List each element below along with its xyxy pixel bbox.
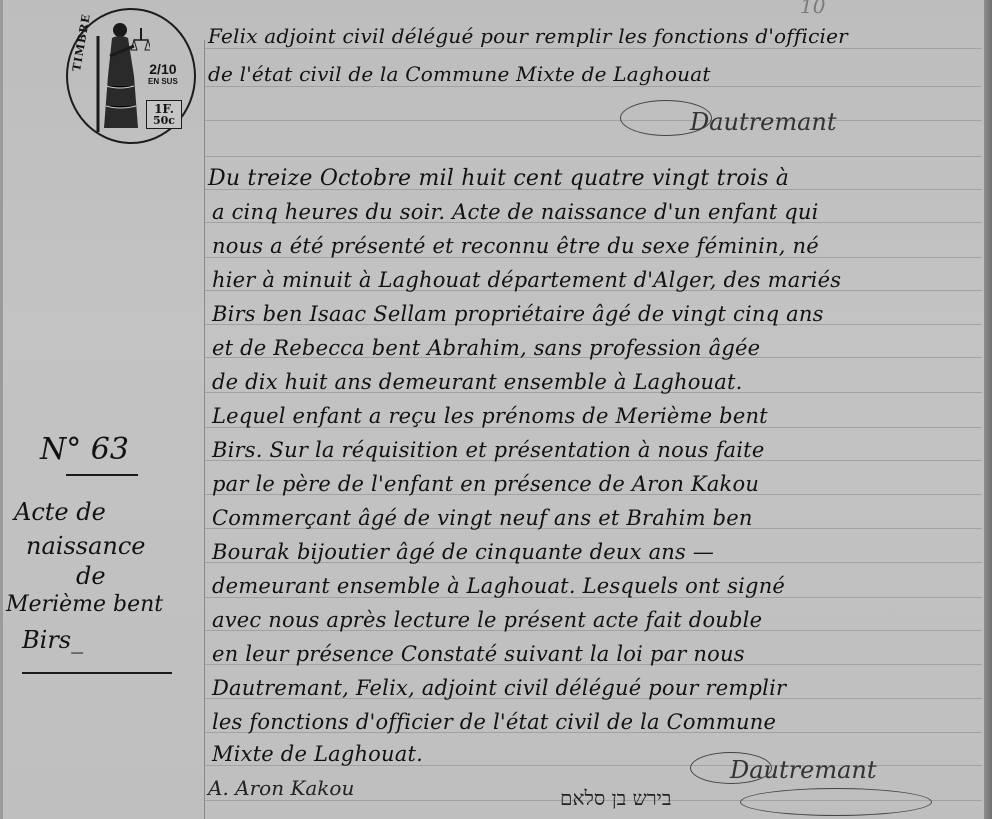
- margin-note-underline: [22, 672, 172, 674]
- body-line-18: Mixte de Laghouat.: [212, 742, 423, 766]
- header-line-1: Felix adjoint civil délégué pour remplir…: [208, 24, 848, 48]
- margin-line-3: de: [76, 562, 106, 590]
- body-line-9: Birs. Sur la réquisition et présentation…: [212, 438, 764, 462]
- header-signature: Dautremant: [690, 108, 837, 136]
- register-page: 10 TIMBRE 2/10 EN SUS 1F. 50c Felix adjo…: [0, 0, 992, 819]
- body-line-3: nous a été présenté et reconnu être du s…: [212, 234, 819, 258]
- body-line-8: Lequel enfant a reçu les prénoms de Meri…: [212, 404, 768, 428]
- ruled-line: [205, 120, 982, 121]
- body-line-11: Commerçant âgé de vingt neuf ans et Brah…: [212, 506, 753, 530]
- signature-flourish-icon: [740, 788, 932, 816]
- signature-flourish-icon: [690, 752, 772, 784]
- stamp-surcharge: 2/10 EN SUS: [148, 62, 178, 86]
- body-line-2: a cinq heures du soir. Acte de naissance…: [212, 200, 819, 224]
- body-line-17: les fonctions d'officier de l'état civil…: [212, 710, 776, 734]
- margin-line-5: Birs_: [22, 626, 83, 654]
- act-number: N° 63: [40, 432, 129, 467]
- body-line-16: Dautremant, Felix, adjoint civil délégué…: [212, 676, 786, 700]
- body-line-10: par le père de l'enfant en présence de A…: [212, 472, 759, 496]
- body-line-14: avec nous après lecture le présent acte …: [212, 608, 762, 632]
- body-line-1: Du treize Octobre mil huit cent quatre v…: [208, 166, 789, 191]
- witness-signature: A. Aron Kakou: [208, 776, 354, 800]
- body-line-7: de dix huit ans demeurant ensemble à Lag…: [212, 370, 743, 394]
- stamp-price: 1F. 50c: [146, 100, 182, 129]
- revenue-stamp: TIMBRE 2/10 EN SUS 1F. 50c: [66, 8, 196, 144]
- margin-line-2: naissance: [26, 532, 145, 560]
- signature-flourish-icon: [620, 100, 712, 136]
- ruled-line: [205, 86, 982, 87]
- body-line-5: Birs ben Isaac Sellam propriétaire âgé d…: [212, 302, 824, 326]
- hebrew-signature: בירש בן סלאם: [560, 786, 672, 811]
- body-line-15: en leur présence Constaté suivant la loi…: [212, 642, 745, 666]
- body-line-6: et de Rebecca bent Abrahim, sans profess…: [212, 336, 760, 360]
- body-line-4: hier à minuit à Laghouat département d'A…: [212, 268, 841, 292]
- page-left-edge: [0, 0, 3, 819]
- justice-figure-icon: [90, 16, 150, 136]
- body-line-12: Bourak bijoutier âgé de cinquante deux a…: [212, 540, 714, 564]
- header-line-2: de l'état civil de la Commune Mixte de L…: [208, 62, 711, 86]
- ruled-line: [205, 48, 982, 49]
- body-line-13: demeurant ensemble à Laghouat. Lesquels …: [212, 574, 785, 598]
- page-binding-edge: [984, 0, 992, 819]
- folio-mark: 10: [800, 0, 825, 18]
- margin-line-1: Acte de: [14, 498, 106, 526]
- margin-line-4: Merième bent: [6, 592, 163, 617]
- ruled-line: [205, 156, 982, 157]
- act-number-underline: [66, 474, 138, 476]
